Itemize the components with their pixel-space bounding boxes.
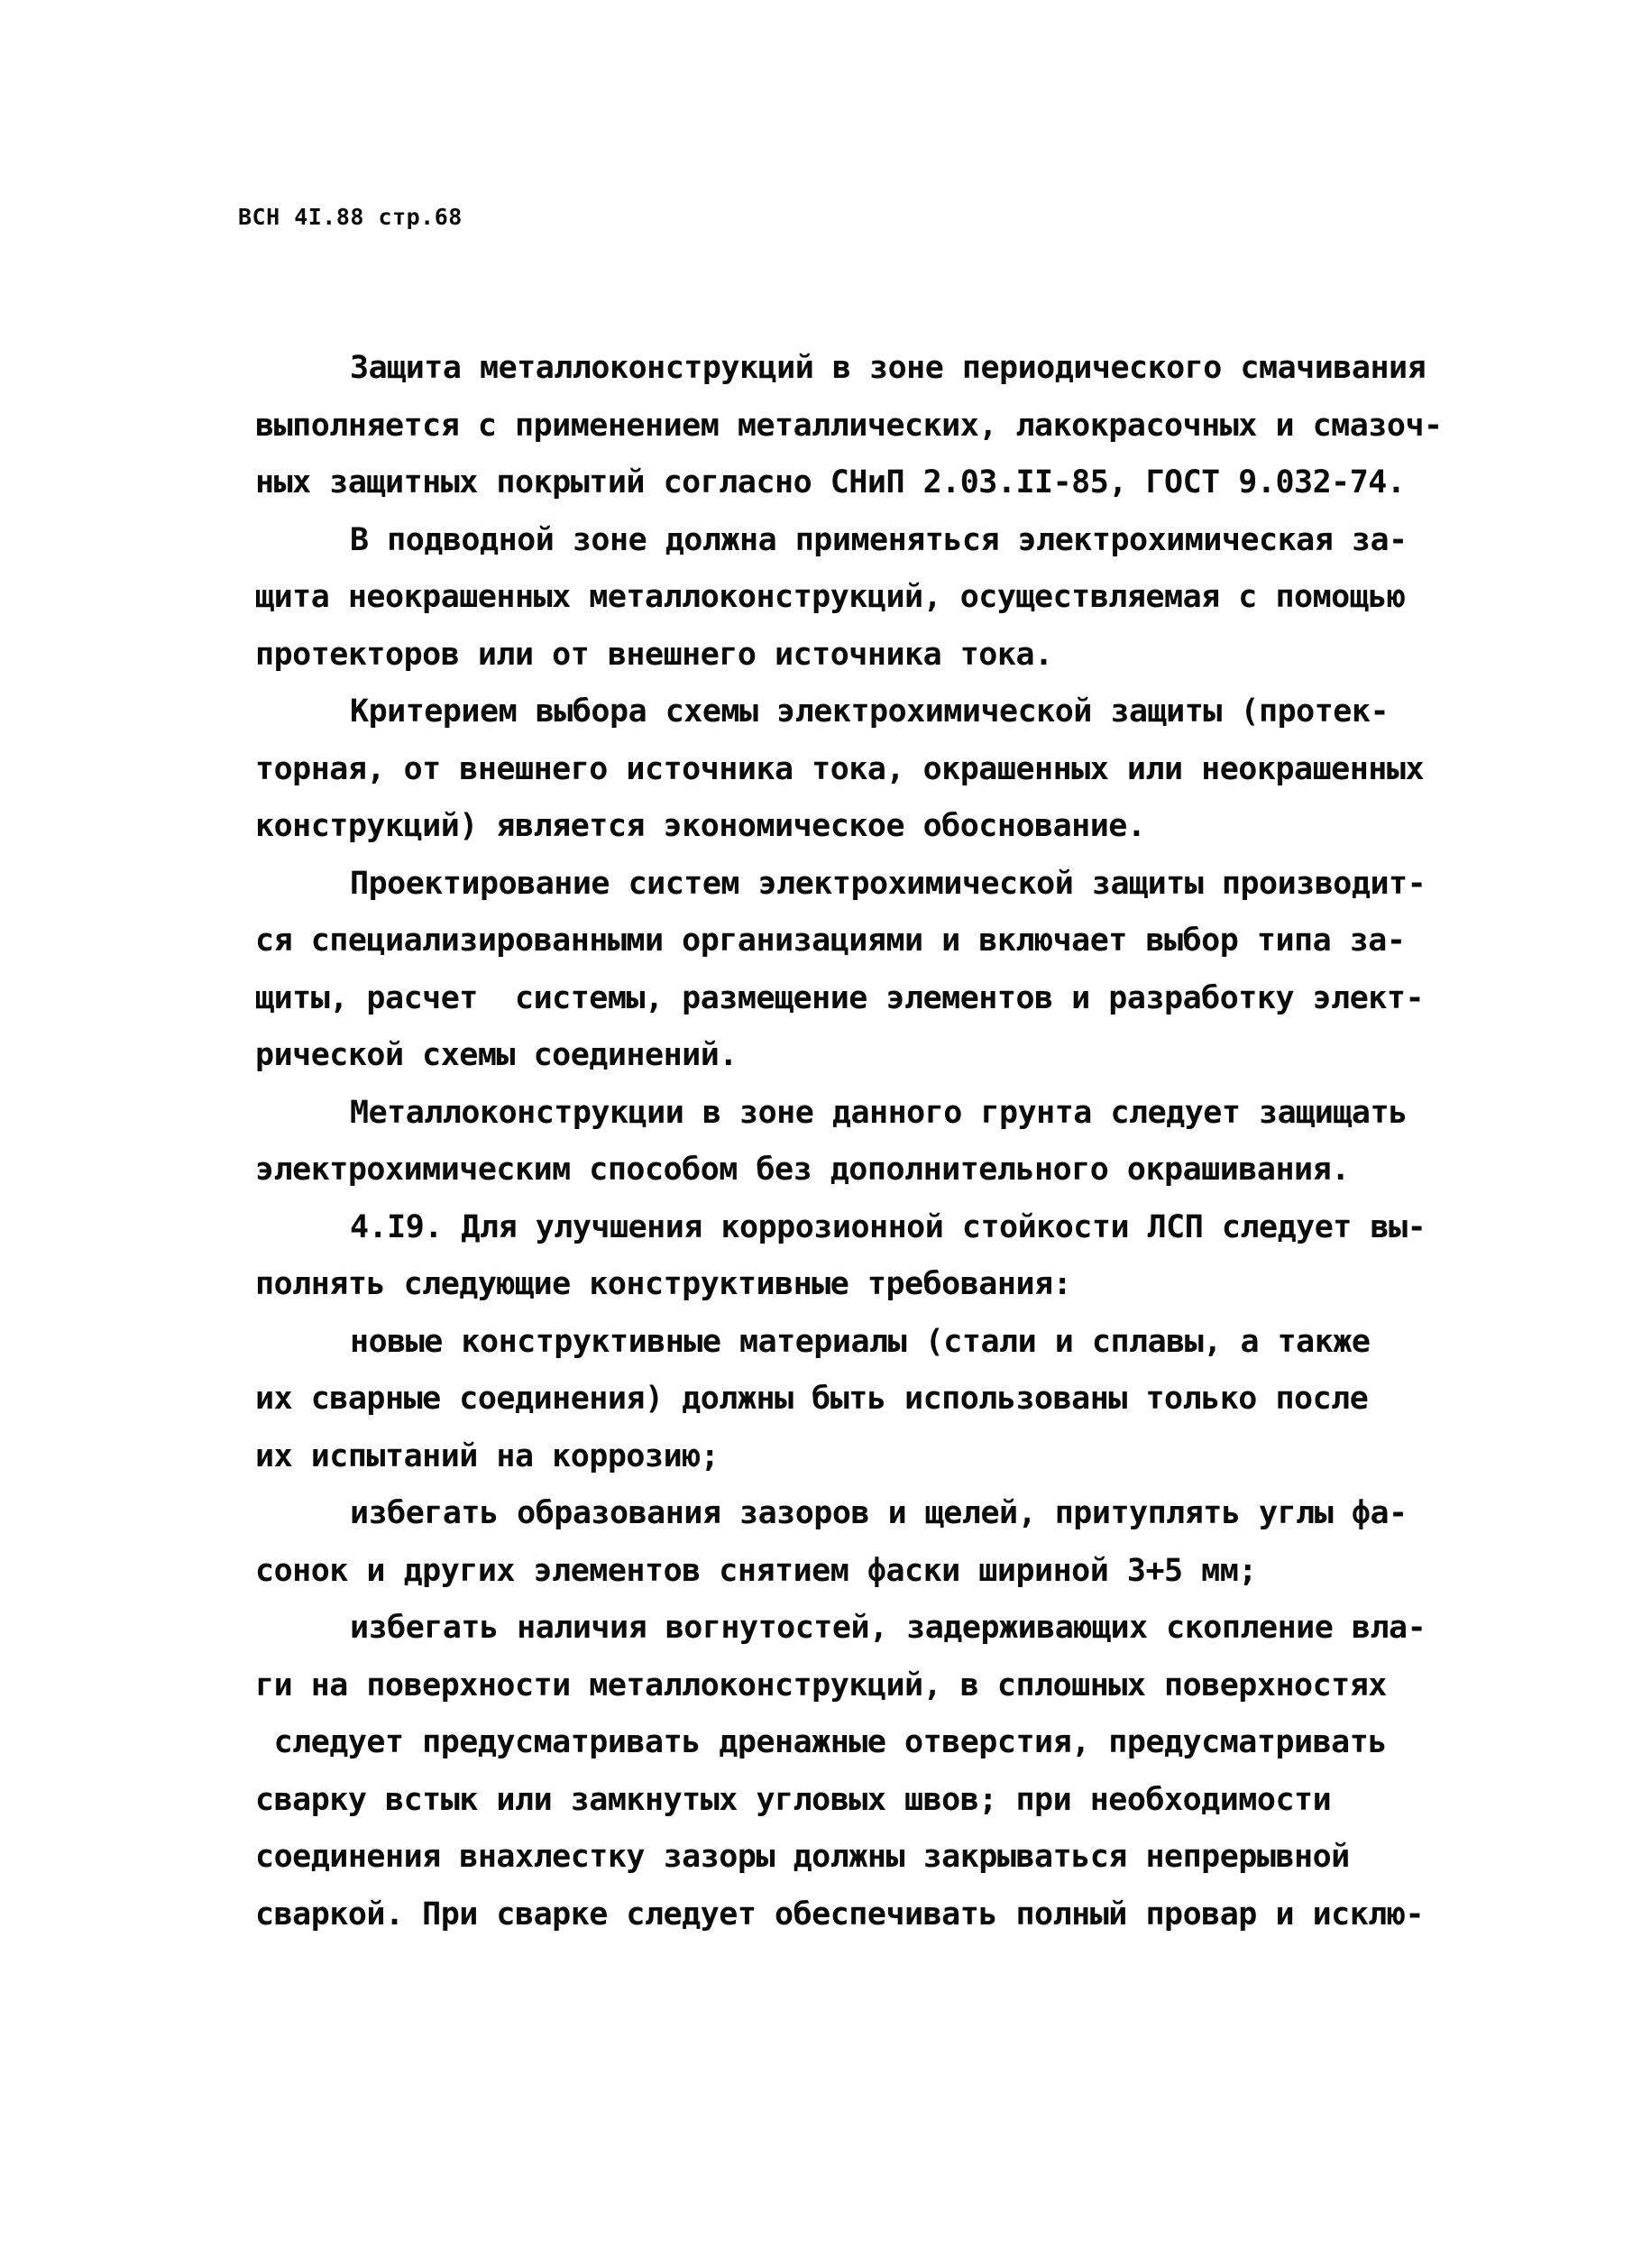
text-line: ных защитных покрытий согласно СНиП 2.03… xyxy=(255,455,1445,512)
text-line: сварку встык или замкнутых угловых швов;… xyxy=(255,1772,1445,1830)
paragraph: избегать наличия вогнутостей, задерживаю… xyxy=(255,1600,1445,1943)
text-line: конструкций) является экономическое обос… xyxy=(255,798,1445,856)
paragraph: Критерием выбора схемы электрохимической… xyxy=(255,684,1445,856)
document-body: Защита металлоконструкций в зоне периоди… xyxy=(255,340,1445,1943)
text-line: их испытаний на коррозию; xyxy=(255,1428,1445,1486)
text-line: Защита металлоконструкций в зоне периоди… xyxy=(255,340,1445,398)
paragraph: 4.I9. Для улучшения коррозионной стойкос… xyxy=(255,1199,1445,1314)
page-header: ВСН 4I.88 стр.68 xyxy=(238,204,463,230)
paragraph: Защита металлоконструкций в зоне периоди… xyxy=(255,340,1445,512)
text-line: новые конструктивные материалы (стали и … xyxy=(255,1314,1445,1372)
text-line: торная, от внешнего источника тока, окра… xyxy=(255,741,1445,799)
paragraph: Проектирование систем электрохимической … xyxy=(255,856,1445,1085)
text-line: электрохимическим способом без дополните… xyxy=(255,1142,1445,1199)
text-line: сваркой. При сварке следует обеспечивать… xyxy=(255,1887,1445,1944)
text-line: соединения внахлестку зазоры должны закр… xyxy=(255,1829,1445,1887)
text-line: Проектирование систем электрохимической … xyxy=(255,856,1445,914)
paragraph: В подводной зоне должна применяться элек… xyxy=(255,512,1445,684)
scanned-document-page: ВСН 4I.88 стр.68 Защита металлоконструкц… xyxy=(0,0,1642,2268)
text-line: рической схемы соединений. xyxy=(255,1027,1445,1085)
text-line: избегать образования зазоров и щелей, пр… xyxy=(255,1485,1445,1543)
text-line: избегать наличия вогнутостей, задерживаю… xyxy=(255,1600,1445,1657)
text-line: Металлоконструкции в зоне данного грунта… xyxy=(255,1085,1445,1143)
text-line: следует предусматривать дренажные отверс… xyxy=(255,1714,1445,1772)
text-line: 4.I9. Для улучшения коррозионной стойкос… xyxy=(255,1199,1445,1257)
text-line: ся специализированными организациями и в… xyxy=(255,913,1445,970)
text-line: ги на поверхности металлоконструкций, в … xyxy=(255,1657,1445,1715)
paragraph: избегать образования зазоров и щелей, пр… xyxy=(255,1485,1445,1600)
text-line: сонок и других элементов снятием фаски ш… xyxy=(255,1543,1445,1601)
text-line: щиты, расчет системы, размещение элемент… xyxy=(255,970,1445,1028)
text-line: полнять следующие конструктивные требова… xyxy=(255,1256,1445,1314)
text-line: протекторов или от внешнего источника то… xyxy=(255,627,1445,684)
text-line: В подводной зоне должна применяться элек… xyxy=(255,512,1445,570)
text-line: выполняется с применением металлических,… xyxy=(255,398,1445,455)
text-line: их сварные соединения) должны быть испол… xyxy=(255,1371,1445,1428)
text-line: Критерием выбора схемы электрохимической… xyxy=(255,684,1445,741)
paragraph: Металлоконструкции в зоне данного грунта… xyxy=(255,1085,1445,1199)
text-line: щита неокрашенных металлоконструкций, ос… xyxy=(255,569,1445,627)
paragraph: новые конструктивные материалы (стали и … xyxy=(255,1314,1445,1486)
